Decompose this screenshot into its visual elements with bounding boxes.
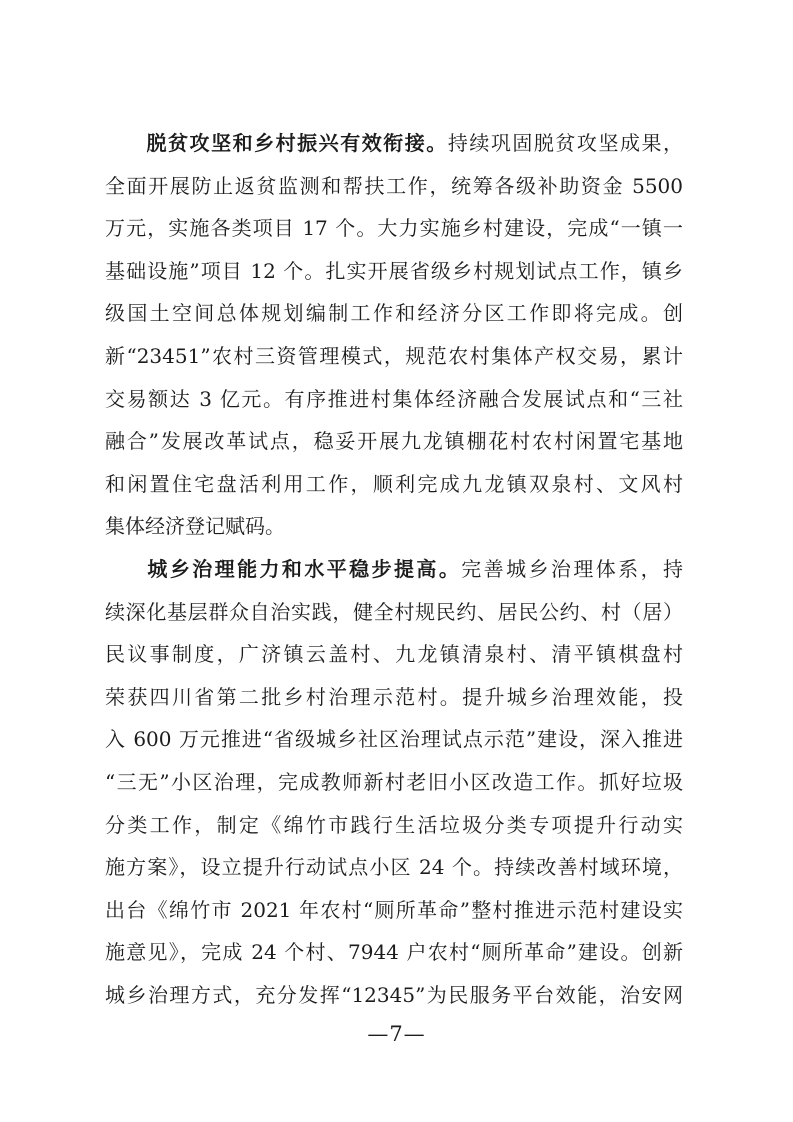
text-line: 脱贫攻坚和乡村振兴有效衔接。持续巩固脱贫攻坚成果， xyxy=(105,122,683,165)
text-line: 全面开展防止返贫监测和帮扶工作，统筹各级补助资金 5500 xyxy=(105,165,683,208)
page-number: —7— xyxy=(0,1021,793,1047)
text-line: “三无”小区治理，完成教师新村老旧小区改造工作。抓好垃圾 xyxy=(105,761,683,804)
text-line: 施方案》，设立提升行动试点小区 24 个。持续改善村域环境， xyxy=(105,846,683,889)
text-line: 万元，实施各类项目 17 个。大力实施乡村建设，完成“一镇一 xyxy=(105,207,683,250)
paragraph-heading: 城乡治理能力和水平稳步提高。 xyxy=(145,557,461,581)
text-line: 集体经济登记赋码。 xyxy=(105,505,683,548)
text-line: 分类工作，制定《绵竹市践行生活垃圾分类专项提升行动实 xyxy=(105,804,683,847)
text-line: 荣获四川省第二批乡村治理示范村。提升城乡治理效能，投 xyxy=(105,676,683,719)
text-line: 施意见》，完成 24 个村、7944 户农村“厕所革命”建设。创新 xyxy=(105,931,683,974)
text-line: 级国土空间总体规划编制工作和经济分区工作即将完成。创 xyxy=(105,292,683,335)
text-line: 民议事制度，广济镇云盖村、九龙镇清泉村、清平镇棋盘村 xyxy=(105,633,683,676)
document-page: 脱贫攻坚和乡村振兴有效衔接。持续巩固脱贫攻坚成果，全面开展防止返贫监测和帮扶工作… xyxy=(0,0,793,1122)
text-line: 交易额达 3 亿元。有序推进村集体经济融合发展试点和“三社 xyxy=(105,378,683,421)
document-body: 脱贫攻坚和乡村振兴有效衔接。持续巩固脱贫攻坚成果，全面开展防止返贫监测和帮扶工作… xyxy=(105,122,683,1016)
text-line: 城乡治理方式，充分发挥“12345”为民服务平台效能，治安网 xyxy=(105,974,683,1017)
paragraph-heading: 脱贫攻坚和乡村振兴有效衔接。 xyxy=(145,131,448,155)
paragraph-text: 持续巩固脱贫攻坚成果， xyxy=(448,131,683,155)
paragraph-text: 完善城乡治理体系，持 xyxy=(461,557,683,581)
text-line: 和闲置住宅盘活利用工作，顺利完成九龙镇双泉村、文风村 xyxy=(105,463,683,506)
text-line: 新“23451”农村三资管理模式，规范农村集体产权交易，累计 xyxy=(105,335,683,378)
text-line: 基础设施”项目 12 个。扎实开展省级乡村规划试点工作，镇乡 xyxy=(105,250,683,293)
text-line: 出台《绵竹市 2021 年农村“厕所革命”整村推进示范村建设实 xyxy=(105,889,683,932)
text-line: 续深化基层群众自治实践，健全村规民约、居民公约、村（居） xyxy=(105,591,683,634)
text-line: 入 600 万元推进“省级城乡社区治理试点示范”建设，深入推进 xyxy=(105,718,683,761)
text-line: 城乡治理能力和水平稳步提高。完善城乡治理体系，持 xyxy=(105,548,683,591)
text-line: 融合”发展改革试点，稳妥开展九龙镇棚花村农村闲置宅基地 xyxy=(105,420,683,463)
